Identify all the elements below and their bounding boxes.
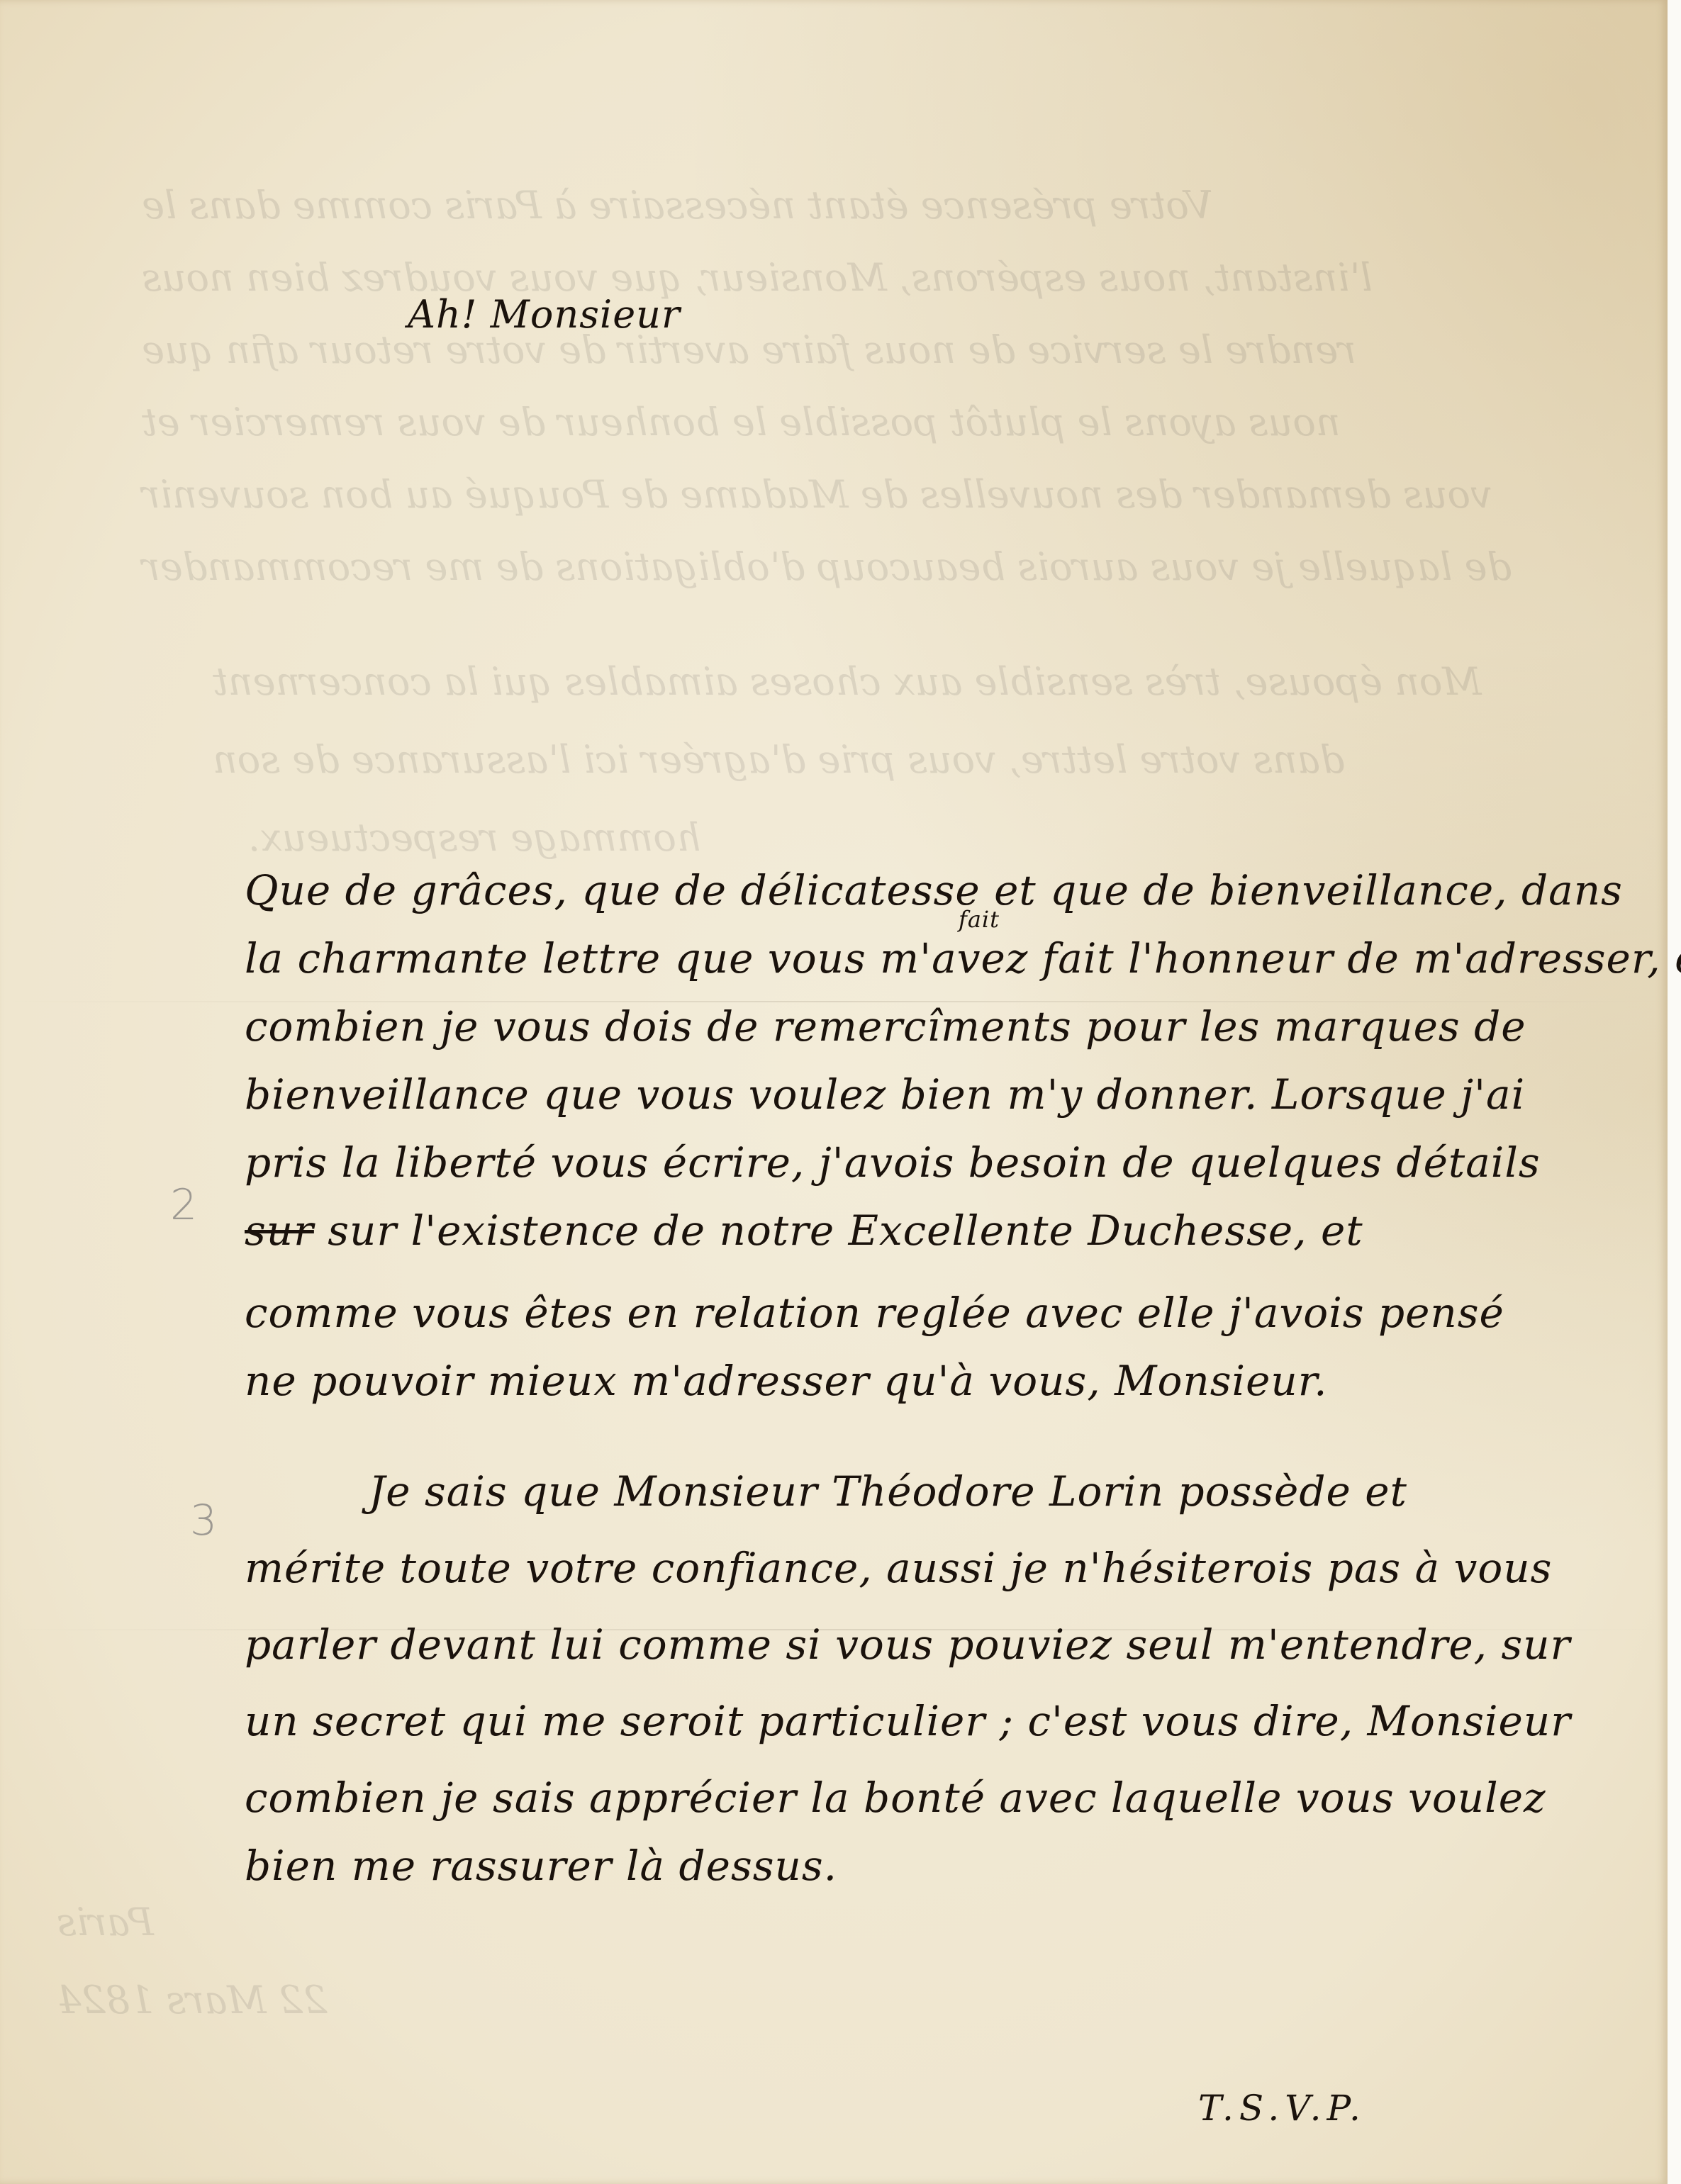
letter-line: la charmante lettre que vous m'avez fait… — [245, 934, 1681, 982]
letter-line: Je sais que Monsieur Théodore Lorin poss… — [369, 1467, 1407, 1516]
signature: T.S.V.P. — [1198, 2088, 1366, 2129]
margin-pencil-number: 2 — [170, 1180, 197, 1230]
margin-pencil-number: 3 — [190, 1496, 217, 1545]
letter-line: ne pouvoir mieux m'adresser qu'à vous, M… — [245, 1357, 1328, 1405]
letter-line: sur sur l'existence de notre Excellente … — [245, 1206, 1363, 1255]
letter-line: parler devant lui comme si vous pouviez … — [245, 1620, 1570, 1669]
letter-line: Que de grâces, que de délicatesse et que… — [245, 866, 1623, 914]
letter-line: comme vous êtes en relation reglée avec … — [245, 1289, 1504, 1337]
letter-line: combien je vous dois de remercîments pou… — [245, 1002, 1526, 1051]
letter-line-text: sur l'existence de notre Excellente Duch… — [328, 1206, 1363, 1255]
letter-line: pris la liberté vous écrire, j'avois bes… — [245, 1138, 1541, 1187]
letter-line: bienveillance que vous voulez bien m'y d… — [245, 1070, 1525, 1119]
interlinear-insertion: fait — [959, 906, 1000, 933]
struck-word: sur — [245, 1206, 314, 1255]
salutation: Ah! Monsieur — [408, 292, 681, 337]
letter-line: combien je sais apprécier la bonté avec … — [245, 1774, 1546, 1822]
letter-line: bien me rassurer là dessus. — [245, 1842, 837, 1890]
letter-line: mérite toute votre confiance, aussi je n… — [245, 1544, 1552, 1592]
letter-line: un secret qui me seroit particulier ; c'… — [245, 1697, 1571, 1745]
